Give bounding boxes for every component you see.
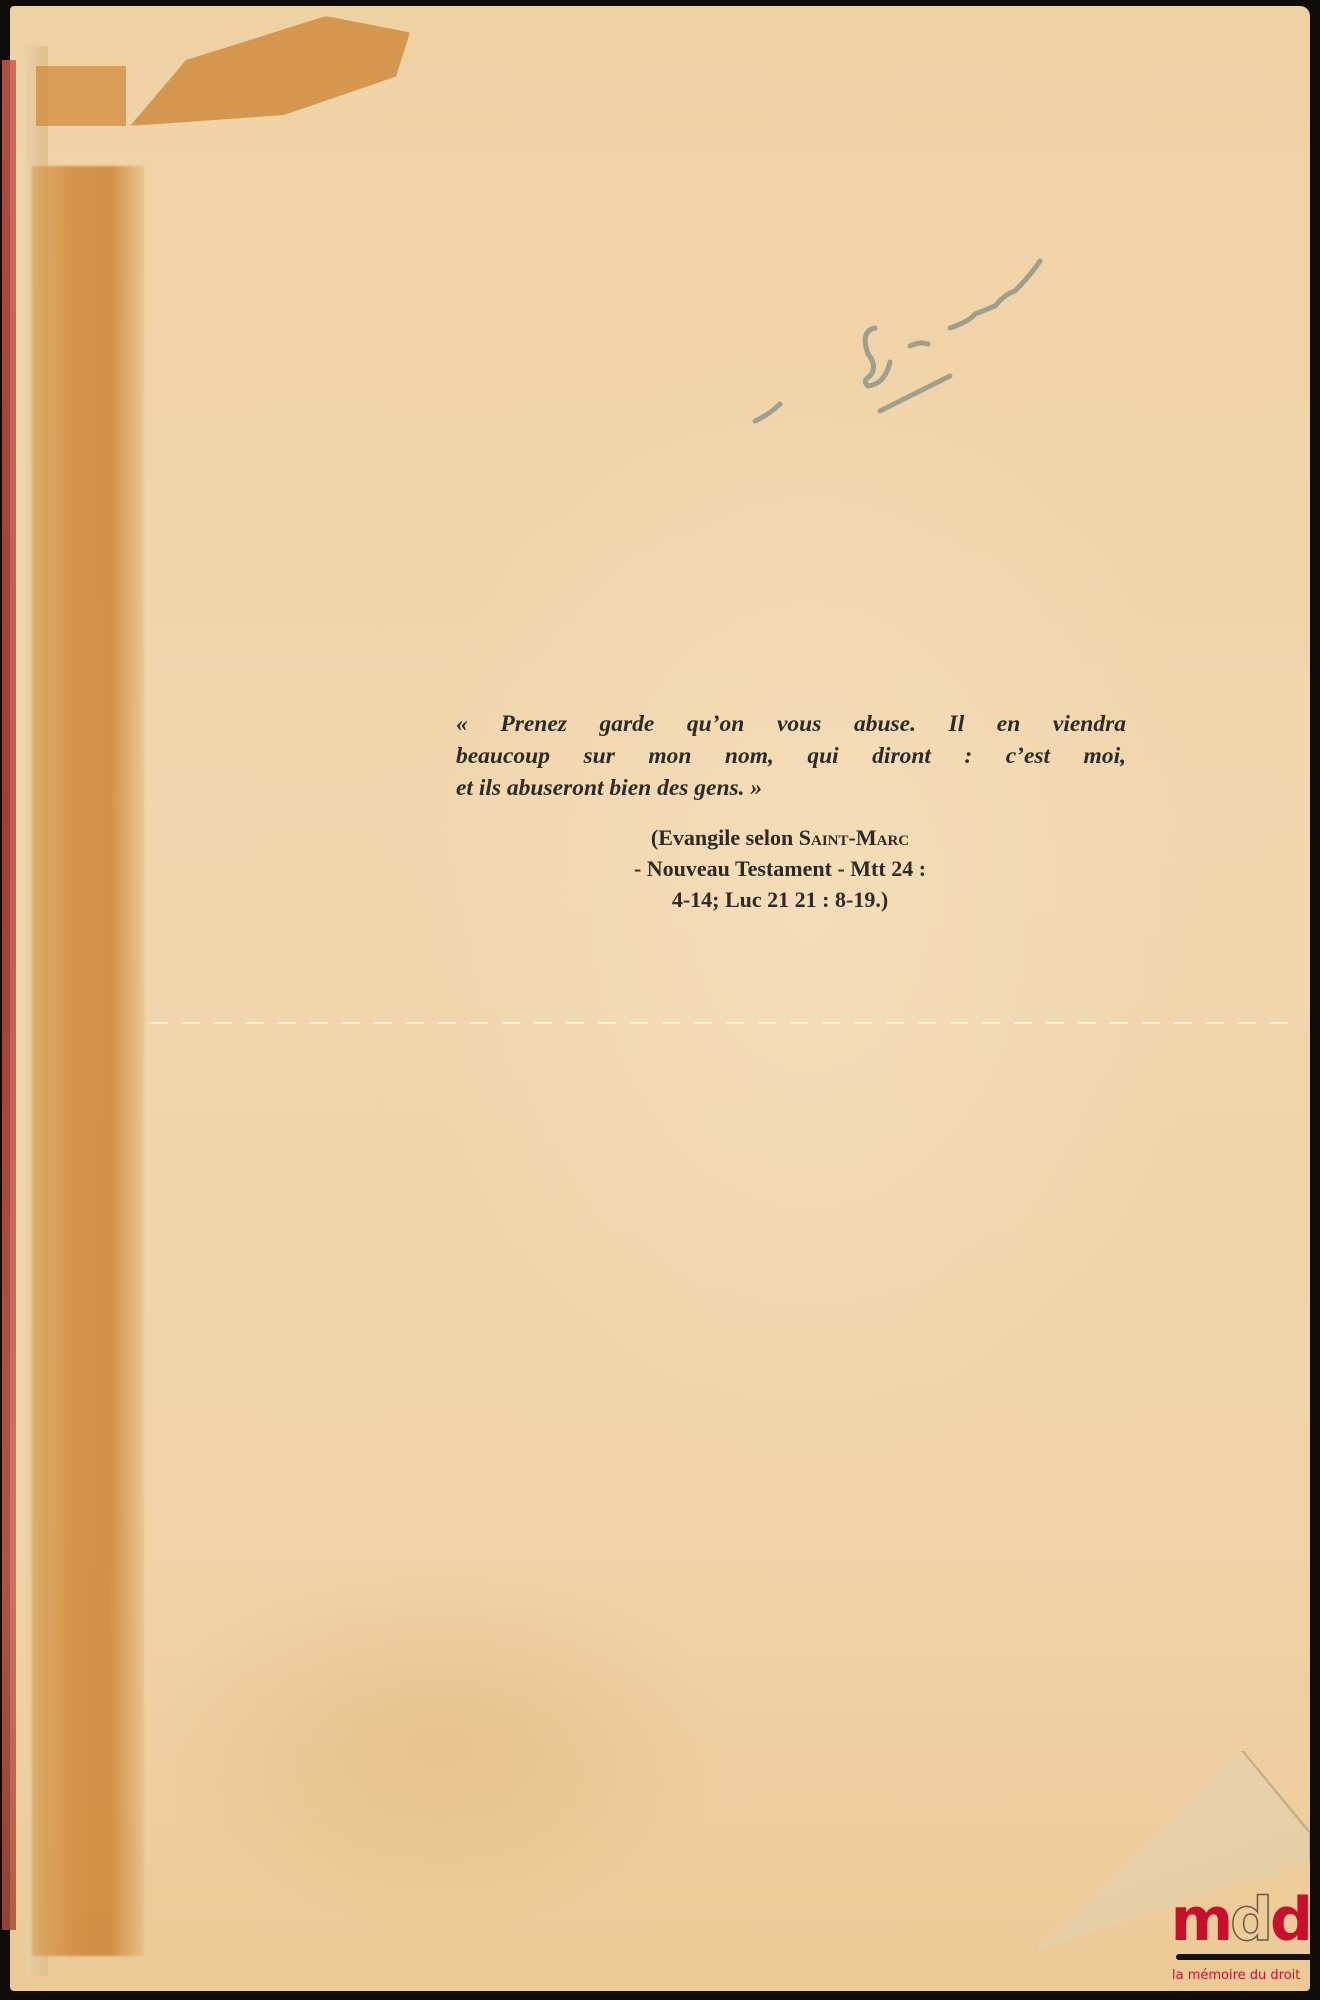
epigraph-line: beaucoup sur mon nom, qui diront : c’est…: [456, 740, 1126, 772]
logo-underline: [1176, 1954, 1312, 1960]
epigraph-line: et ils abuseront bien des gens. »: [456, 772, 1126, 804]
top-corner-stain: [36, 66, 126, 126]
top-stain: [130, 16, 410, 126]
citation-line-1: (Evangile selon Saint-Marc: [520, 822, 1040, 853]
scan-border-right: [1312, 0, 1320, 2000]
epigraph-line: « Prenez garde qu’on vous abuse. Il en v…: [456, 708, 1126, 740]
mdd-watermark-logo: mdd la mémoire du droit: [1152, 1890, 1312, 2000]
spine-stain: [32, 166, 144, 1956]
fold-crease: [150, 1022, 1300, 1024]
pencil-annotation: [750, 236, 1050, 436]
epigraph-quote: « Prenez garde qu’on vous abuse. Il en v…: [456, 708, 1126, 804]
red-binding-edge: [2, 60, 16, 1930]
citation-line-2: - Nouveau Testament - Mtt 24 :: [520, 853, 1040, 884]
author-name: Saint-Marc: [799, 825, 909, 850]
citation-line-3: 4-14; Luc 21 21 : 8-19.): [520, 884, 1040, 915]
epigraph-citation: (Evangile selon Saint-Marc - Nouveau Tes…: [520, 822, 1040, 915]
logo-tagline: la mémoire du droit: [1172, 1968, 1317, 1983]
book-page: « Prenez garde qu’on vous abuse. Il en v…: [10, 6, 1310, 1991]
logo-mark: mdd: [1152, 1890, 1310, 1950]
